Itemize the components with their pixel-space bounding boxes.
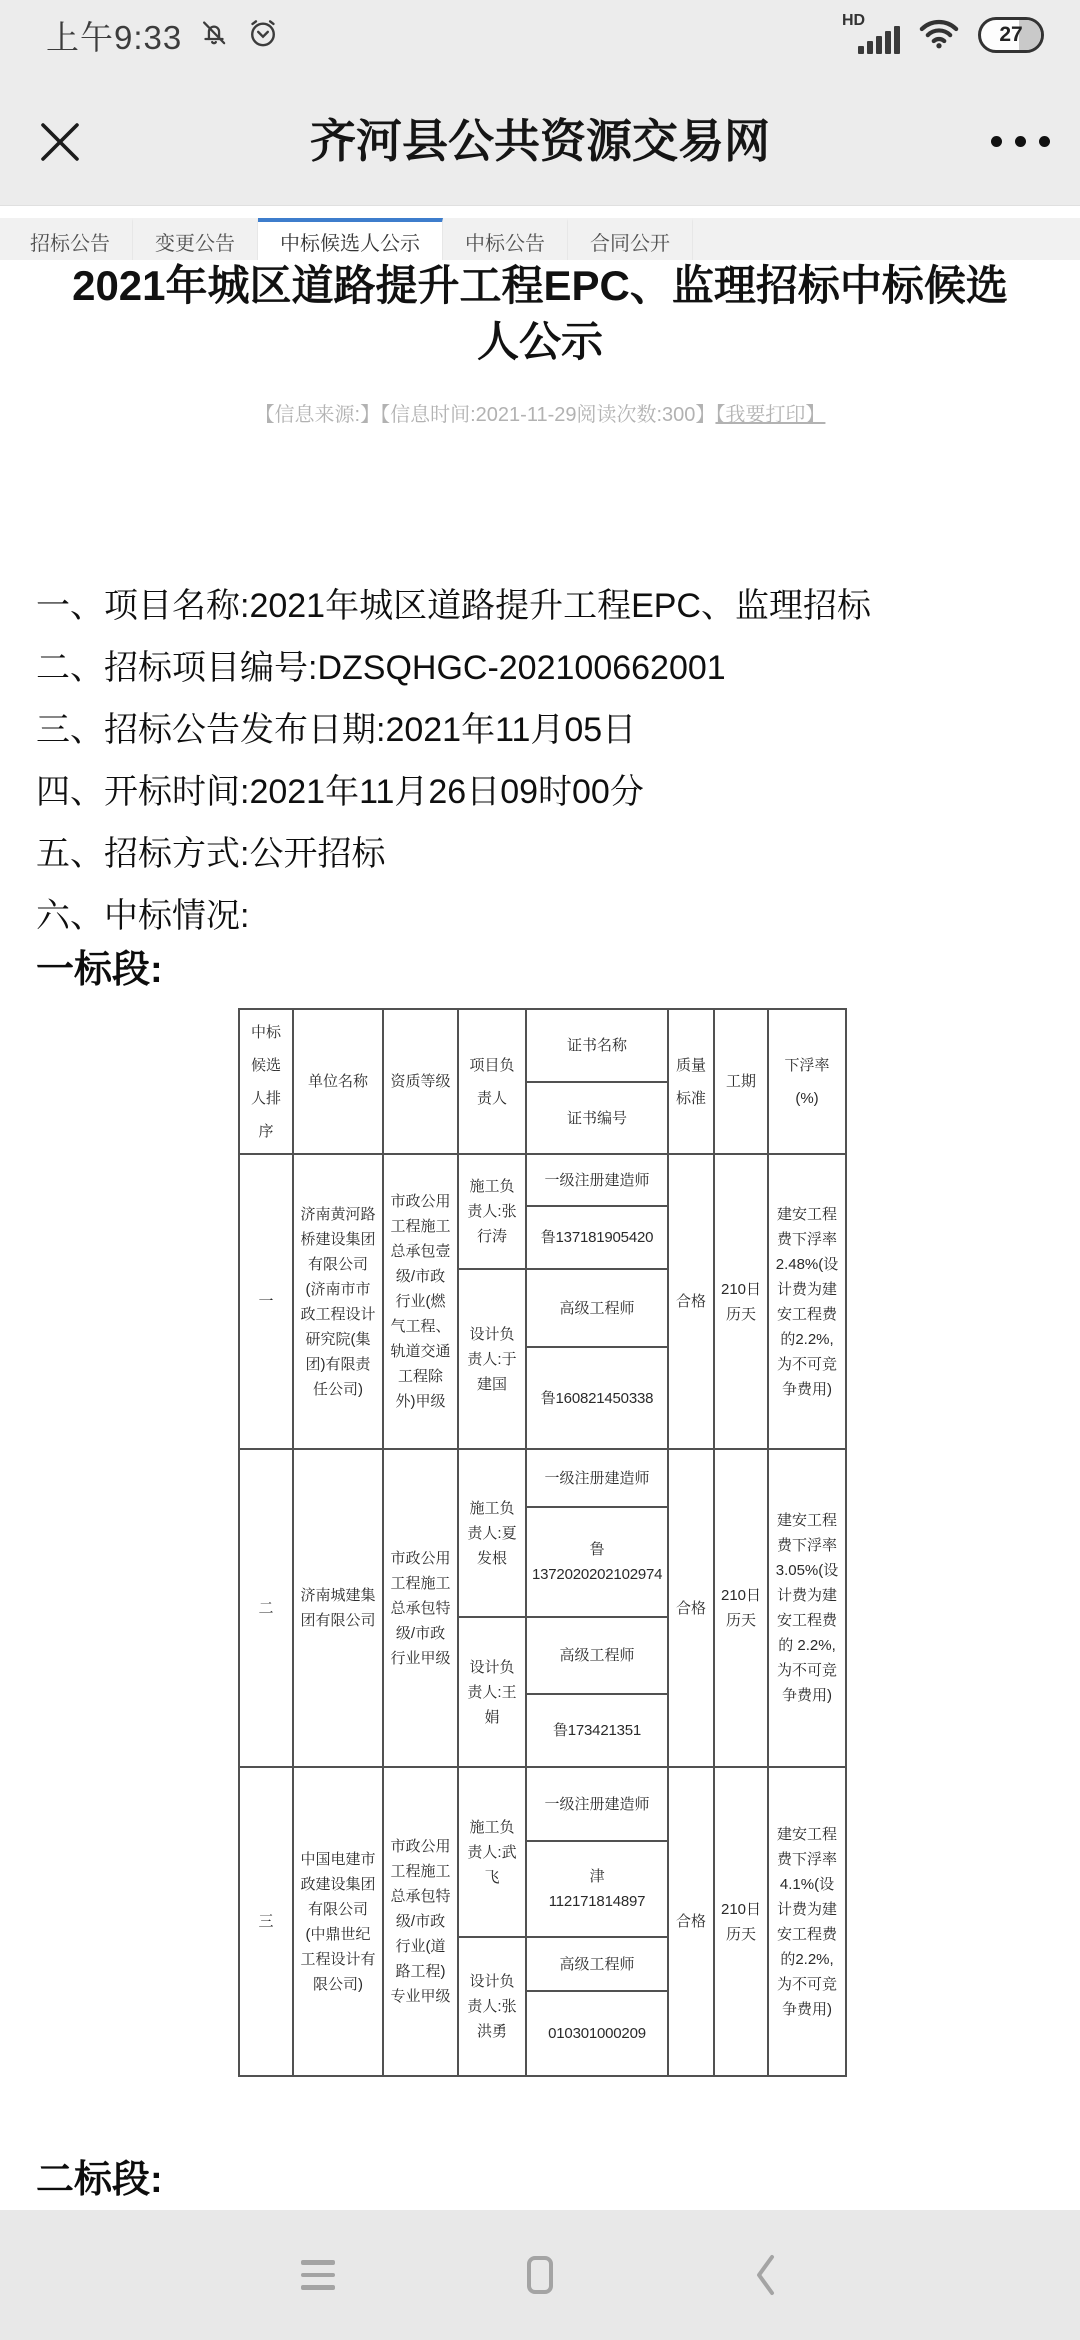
cell-cert-no: 津 112171814897 <box>526 1841 668 1937</box>
cell-cert-no: 010301000209 <box>526 1991 668 2076</box>
home-icon[interactable] <box>495 2210 585 2340</box>
list-item: 二、招标项目编号:DZSQHGC-202100662001 <box>36 640 1044 702</box>
cell-quality: 合格 <box>668 1767 714 2076</box>
app-header: 齐河县公共资源交易网 <box>0 70 1080 206</box>
cell-rank: 二 <box>239 1449 293 1767</box>
cell-qualification: 市政公用工程施工总承包特级/市政行业(道路工程)专业甲级 <box>383 1767 458 2076</box>
cell-cert-name: 一级注册建造师 <box>526 1154 668 1206</box>
cell-cert-no: 鲁173421351 <box>526 1694 668 1767</box>
cell-duration: 210日历天 <box>714 1154 768 1449</box>
cell-cert-name: 一级注册建造师 <box>526 1767 668 1841</box>
col-qualification: 资质等级 <box>383 1009 458 1154</box>
cell-discount: 建安工程费下浮率4.1%(设计费为建安工程费的2.2%,为不可竞争费用) <box>768 1767 846 2076</box>
page-title: 齐河县公共资源交易网 <box>0 70 1080 206</box>
menu-icon[interactable] <box>273 2210 363 2340</box>
cell-qualification: 市政公用工程施工总承包壹级/市政行业(燃气工程、轨道交通工程除外)甲级 <box>383 1154 458 1449</box>
status-time: 上午9:33 <box>46 12 182 59</box>
col-cert-no: 证书编号 <box>526 1082 668 1154</box>
cell-design-role: 设计负责人:于建国 <box>458 1269 526 1449</box>
col-manager: 项目负责人 <box>458 1009 526 1154</box>
col-discount: 下浮率 (%) <box>768 1009 846 1154</box>
cell-cert-name: 高级工程师 <box>526 1937 668 1991</box>
back-icon[interactable] <box>720 2210 810 2340</box>
bid-candidates-table: 中标候选人排序 单位名称 资质等级 项目负责人 证书名称 质量标准 工期 下浮率… <box>238 1008 847 2077</box>
print-link[interactable]: 【我要打印】 <box>715 404 825 426</box>
col-duration: 工期 <box>714 1009 768 1154</box>
cell-quality: 合格 <box>668 1449 714 1767</box>
cell-cert-no: 鲁137181905420 <box>526 1206 668 1269</box>
cell-construction-role: 施工负责人:武飞 <box>458 1767 526 1937</box>
meta-source: 【信息来源:】 <box>255 404 381 426</box>
cell-company: 济南城建集团有限公司 <box>293 1449 383 1767</box>
candidate-row: 三 中国电建市政建设集团有限公司(中鼎世纪工程设计有限公司) 市政公用工程施工总… <box>239 1767 846 1841</box>
cell-design-role: 设计负责人:王娟 <box>458 1617 526 1767</box>
battery-percent: 27 <box>999 23 1022 47</box>
table-header-row: 中标候选人排序 单位名称 资质等级 项目负责人 证书名称 质量标准 工期 下浮率… <box>239 1009 846 1082</box>
candidate-row: 二 济南城建集团有限公司 市政公用工程施工总承包特级/市政行业甲级 施工负责人:… <box>239 1449 846 1507</box>
cell-design-role: 设计负责人:张洪勇 <box>458 1937 526 2076</box>
col-quality: 质量标准 <box>668 1009 714 1154</box>
alarm-clock-icon <box>246 16 280 55</box>
cell-rank: 一 <box>239 1154 293 1449</box>
col-company: 单位名称 <box>293 1009 383 1154</box>
meta-info: 【信息时间:2021-11-29阅读次数:300】 <box>380 404 715 426</box>
col-rank: 中标候选人排序 <box>239 1009 293 1154</box>
cell-construction-role: 施工负责人:张行涛 <box>458 1154 526 1269</box>
more-menu-icon[interactable] <box>991 126 1050 156</box>
cell-qualification: 市政公用工程施工总承包特级/市政行业甲级 <box>383 1449 458 1767</box>
cell-discount: 建安工程费下浮率2.48%(设计费为建安工程费的2.2%,为不可竞争费用) <box>768 1154 846 1449</box>
cell-cert-no: 鲁160821450338 <box>526 1347 668 1449</box>
cell-duration: 210日历天 <box>714 1449 768 1767</box>
android-nav-bar <box>0 2210 1080 2340</box>
list-item: 六、中标情况: <box>36 888 1044 950</box>
cell-duration: 210日历天 <box>714 1767 768 2076</box>
battery-icon: 27 <box>978 17 1044 53</box>
cell-company: 中国电建市政建设集团有限公司(中鼎世纪工程设计有限公司) <box>293 1767 383 2076</box>
cell-signal-icon: HD <box>842 12 900 58</box>
section-two-heading: 二标段: <box>36 2148 163 2203</box>
list-item: 一、项目名称:2021年城区道路提升工程EPC、监理招标 <box>36 578 1044 640</box>
status-bar: 上午9:33 HD <box>0 0 1080 70</box>
cell-rank: 三 <box>239 1767 293 2076</box>
wifi-icon <box>918 16 960 55</box>
list-item: 四、开标时间:2021年11月26日09时00分 <box>36 764 1044 826</box>
tab-zhongbiao-houxuanren-gongshi[interactable]: 中标候选人公示 <box>258 218 443 260</box>
tab-hetong-gongkai[interactable]: 合同公开 <box>568 218 693 260</box>
cell-cert-no: 鲁 1372020202102974 <box>526 1507 668 1617</box>
cell-cert-name: 一级注册建造师 <box>526 1449 668 1507</box>
list-item: 三、招标公告发布日期:2021年11月05日 <box>36 702 1044 764</box>
article-title: 2021年城区道路提升工程EPC、监理招标中标候选人公示 <box>0 258 1080 370</box>
candidate-row: 一 济南黄河路桥建设集团有限公司(济南市市政工程设计研究院(集团)有限责任公司)… <box>239 1154 846 1206</box>
info-list: 一、项目名称:2021年城区道路提升工程EPC、监理招标 二、招标项目编号:DZ… <box>36 578 1044 950</box>
col-cert-name: 证书名称 <box>526 1009 668 1082</box>
tab-zhaobiao-gonggao[interactable]: 招标公告 <box>8 218 133 260</box>
tab-zhongbiao-gonggao[interactable]: 中标公告 <box>443 218 568 260</box>
tab-strip: 招标公告 变更公告 中标候选人公示 中标公告 合同公开 <box>0 218 1080 260</box>
cell-cert-name: 高级工程师 <box>526 1269 668 1347</box>
list-item: 五、招标方式:公开招标 <box>36 826 1044 888</box>
tab-biangeng-gonggao[interactable]: 变更公告 <box>133 218 258 260</box>
cell-construction-role: 施工负责人:夏发根 <box>458 1449 526 1617</box>
muted-bell-icon <box>198 17 230 54</box>
article-meta: 【信息来源:】【信息时间:2021-11-29阅读次数:300】【我要打印】 <box>0 398 1080 427</box>
cell-company: 济南黄河路桥建设集团有限公司(济南市市政工程设计研究院(集团)有限责任公司) <box>293 1154 383 1449</box>
cell-cert-name: 高级工程师 <box>526 1617 668 1694</box>
cell-quality: 合格 <box>668 1154 714 1449</box>
cell-discount: 建安工程费下浮率3.05%(设计费为建安工程费的 2.2%,为不可竞争费用) <box>768 1449 846 1767</box>
section-one-heading: 一标段: <box>36 938 163 993</box>
